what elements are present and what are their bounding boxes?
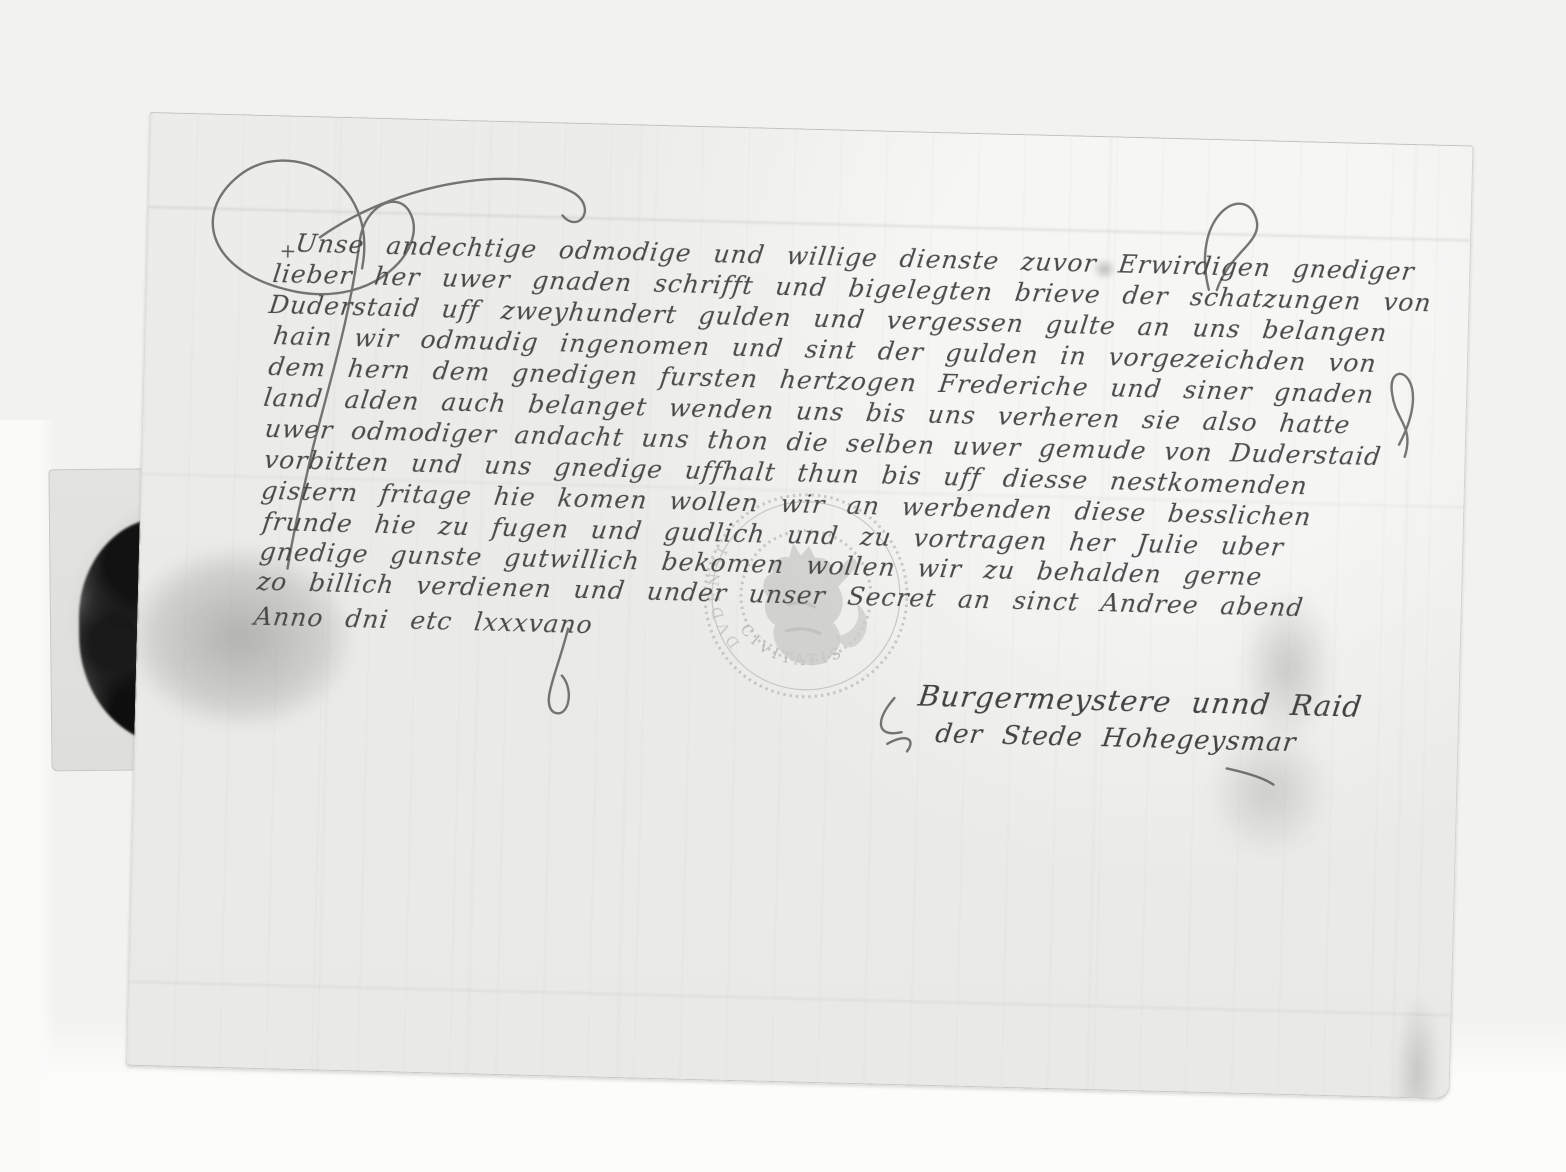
letter-sheet: CIVITATIS DVDENSIS + [126, 112, 1474, 1099]
signature-paraph [880, 698, 911, 752]
scanner-background-left [0, 420, 56, 1172]
manuscript-scan: CIVITATIS DVDENSIS + [0, 0, 1566, 1172]
